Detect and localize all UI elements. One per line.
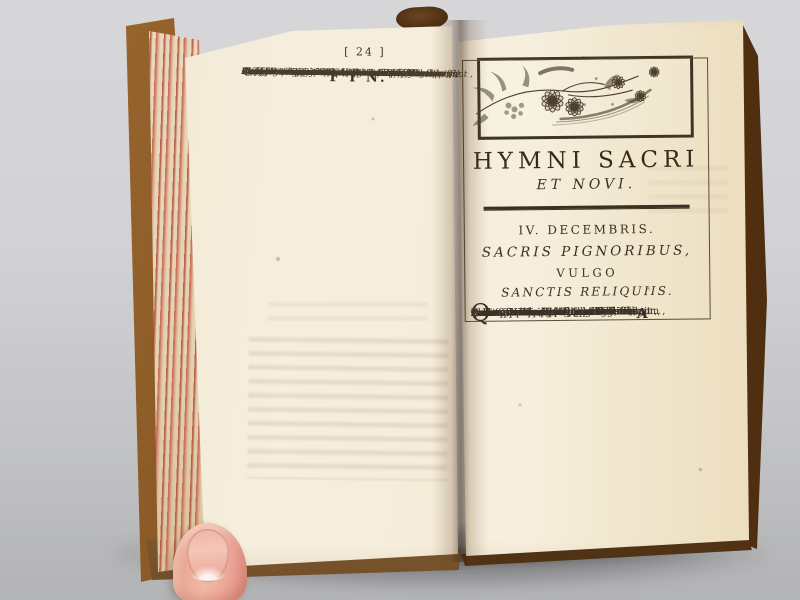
show-through-text bbox=[247, 331, 449, 481]
foxing-spot bbox=[275, 256, 281, 262]
photo-background: [ 24 ] Qu'il parcoure à loiſir la Divine… bbox=[0, 0, 800, 600]
gutter-shadow bbox=[432, 20, 488, 562]
show-through-text bbox=[268, 296, 428, 326]
headpiece-frame bbox=[477, 56, 694, 140]
foxing-spot bbox=[698, 467, 703, 472]
floral-ornament-icon bbox=[464, 60, 667, 130]
foxing-spot bbox=[518, 403, 522, 407]
left-page-text: [ 24 ] Qu'il parcoure à loiſir la Divine… bbox=[242, 44, 458, 87]
closing-line: S'efforce d'imiter la Céleſte Patrie. bbox=[242, 65, 397, 81]
thumb-nail bbox=[187, 529, 229, 582]
book: [ 24 ] Qu'il parcoure à loiſir la Divine… bbox=[0, 0, 800, 600]
right-page-text: HYMNI SACRI ET NOVI. IV. DECEMBRIS. SACR… bbox=[460, 55, 713, 324]
foxing-spot bbox=[371, 117, 375, 121]
latin-verse-line: Aras ipſe Deus conſecrat hoſtia ; bbox=[471, 306, 632, 320]
closing-couplet: Heureux qui ſuit ces Loix , & qui dès ce… bbox=[242, 65, 458, 68]
